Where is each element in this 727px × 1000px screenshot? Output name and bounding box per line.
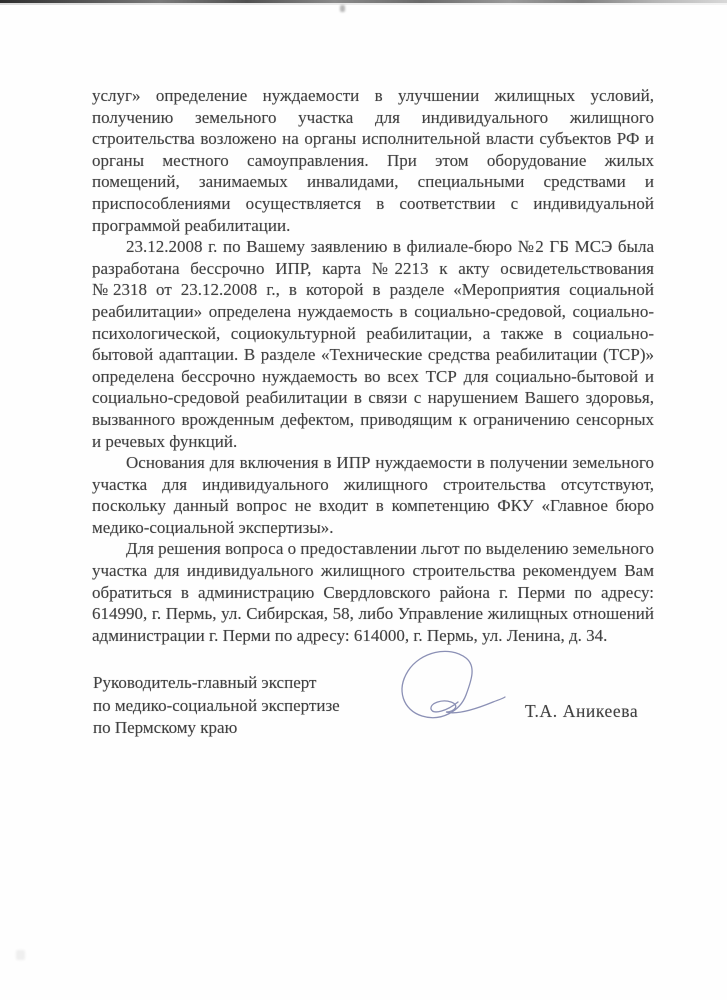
- scanned-letter-page: услуг» определение нуждаемости в улучшен…: [0, 0, 727, 1000]
- scan-edge-shadow: [0, 3, 727, 5]
- body-paragraph-1: услуг» определение нуждаемости в улучшен…: [92, 85, 654, 236]
- signer-name: Т.А. Аникеева: [525, 701, 638, 722]
- body-paragraph-2: 23.12.2008 г. по Вашему заявлению в фили…: [92, 236, 654, 452]
- scan-speck-top: [340, 5, 345, 12]
- body-paragraph-4: Для решения вопроса о предоставлении льг…: [92, 538, 654, 646]
- signature-title-block: Руководитель-главный эксперт по медико-с…: [93, 672, 373, 740]
- signer-title-line-1: Руководитель-главный эксперт: [93, 672, 373, 695]
- body-paragraph-3: Основания для включения в ИПР нуждаемост…: [92, 452, 654, 538]
- letter-body: услуг» определение нуждаемости в улучшен…: [92, 85, 654, 646]
- handwritten-signature-icon: [396, 646, 512, 726]
- scan-speck-bottom: [16, 950, 25, 960]
- signer-title-line-2: по медико-социальной экспертизе: [93, 695, 373, 718]
- signer-title-line-3: по Пермскому краю: [93, 717, 373, 740]
